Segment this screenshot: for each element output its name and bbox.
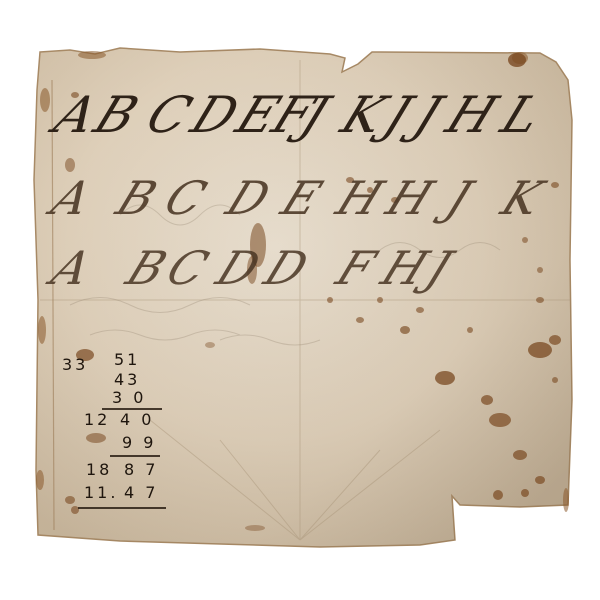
alphabet-row-1: A B C D E F J K J J H L xyxy=(0,90,600,170)
calc-right: 4 0 xyxy=(120,410,154,429)
calc-right: 43 xyxy=(114,370,140,389)
script-letter: K xyxy=(496,175,549,221)
calc-left: 33 xyxy=(62,355,88,374)
script-letter: B xyxy=(111,175,163,221)
calc-right: 4 7 xyxy=(124,483,158,502)
script-letter: D xyxy=(221,175,276,221)
script-letter: F xyxy=(331,245,382,291)
calc-right: 3 0 xyxy=(112,388,146,407)
script-letter: C xyxy=(159,175,213,221)
script-letter: D xyxy=(211,245,266,291)
calc-right: 51 xyxy=(114,350,140,369)
calc-left: 11. xyxy=(84,483,118,502)
script-letter: H xyxy=(331,175,390,221)
manuscript-photo: A B C D E F J K J J H L A B C D E H H J … xyxy=(0,0,600,600)
script-letter: D xyxy=(259,245,314,291)
calc-right: 9 9 xyxy=(122,433,156,452)
script-letter: A xyxy=(46,175,98,221)
script-letter: H xyxy=(440,90,504,140)
sum-rule xyxy=(110,455,160,457)
calc-left: 12 xyxy=(84,410,110,429)
script-letter: H xyxy=(381,175,440,221)
sum-rule xyxy=(78,507,166,509)
script-letter: L xyxy=(495,90,548,140)
script-letter: E xyxy=(276,175,328,221)
alphabet-row-3: A B C D D F H J xyxy=(0,245,600,325)
script-letter: J xyxy=(441,175,478,221)
calc-left: 18 xyxy=(86,460,112,479)
script-letter: A xyxy=(46,245,98,291)
calc-right: 8 7 xyxy=(124,460,158,479)
